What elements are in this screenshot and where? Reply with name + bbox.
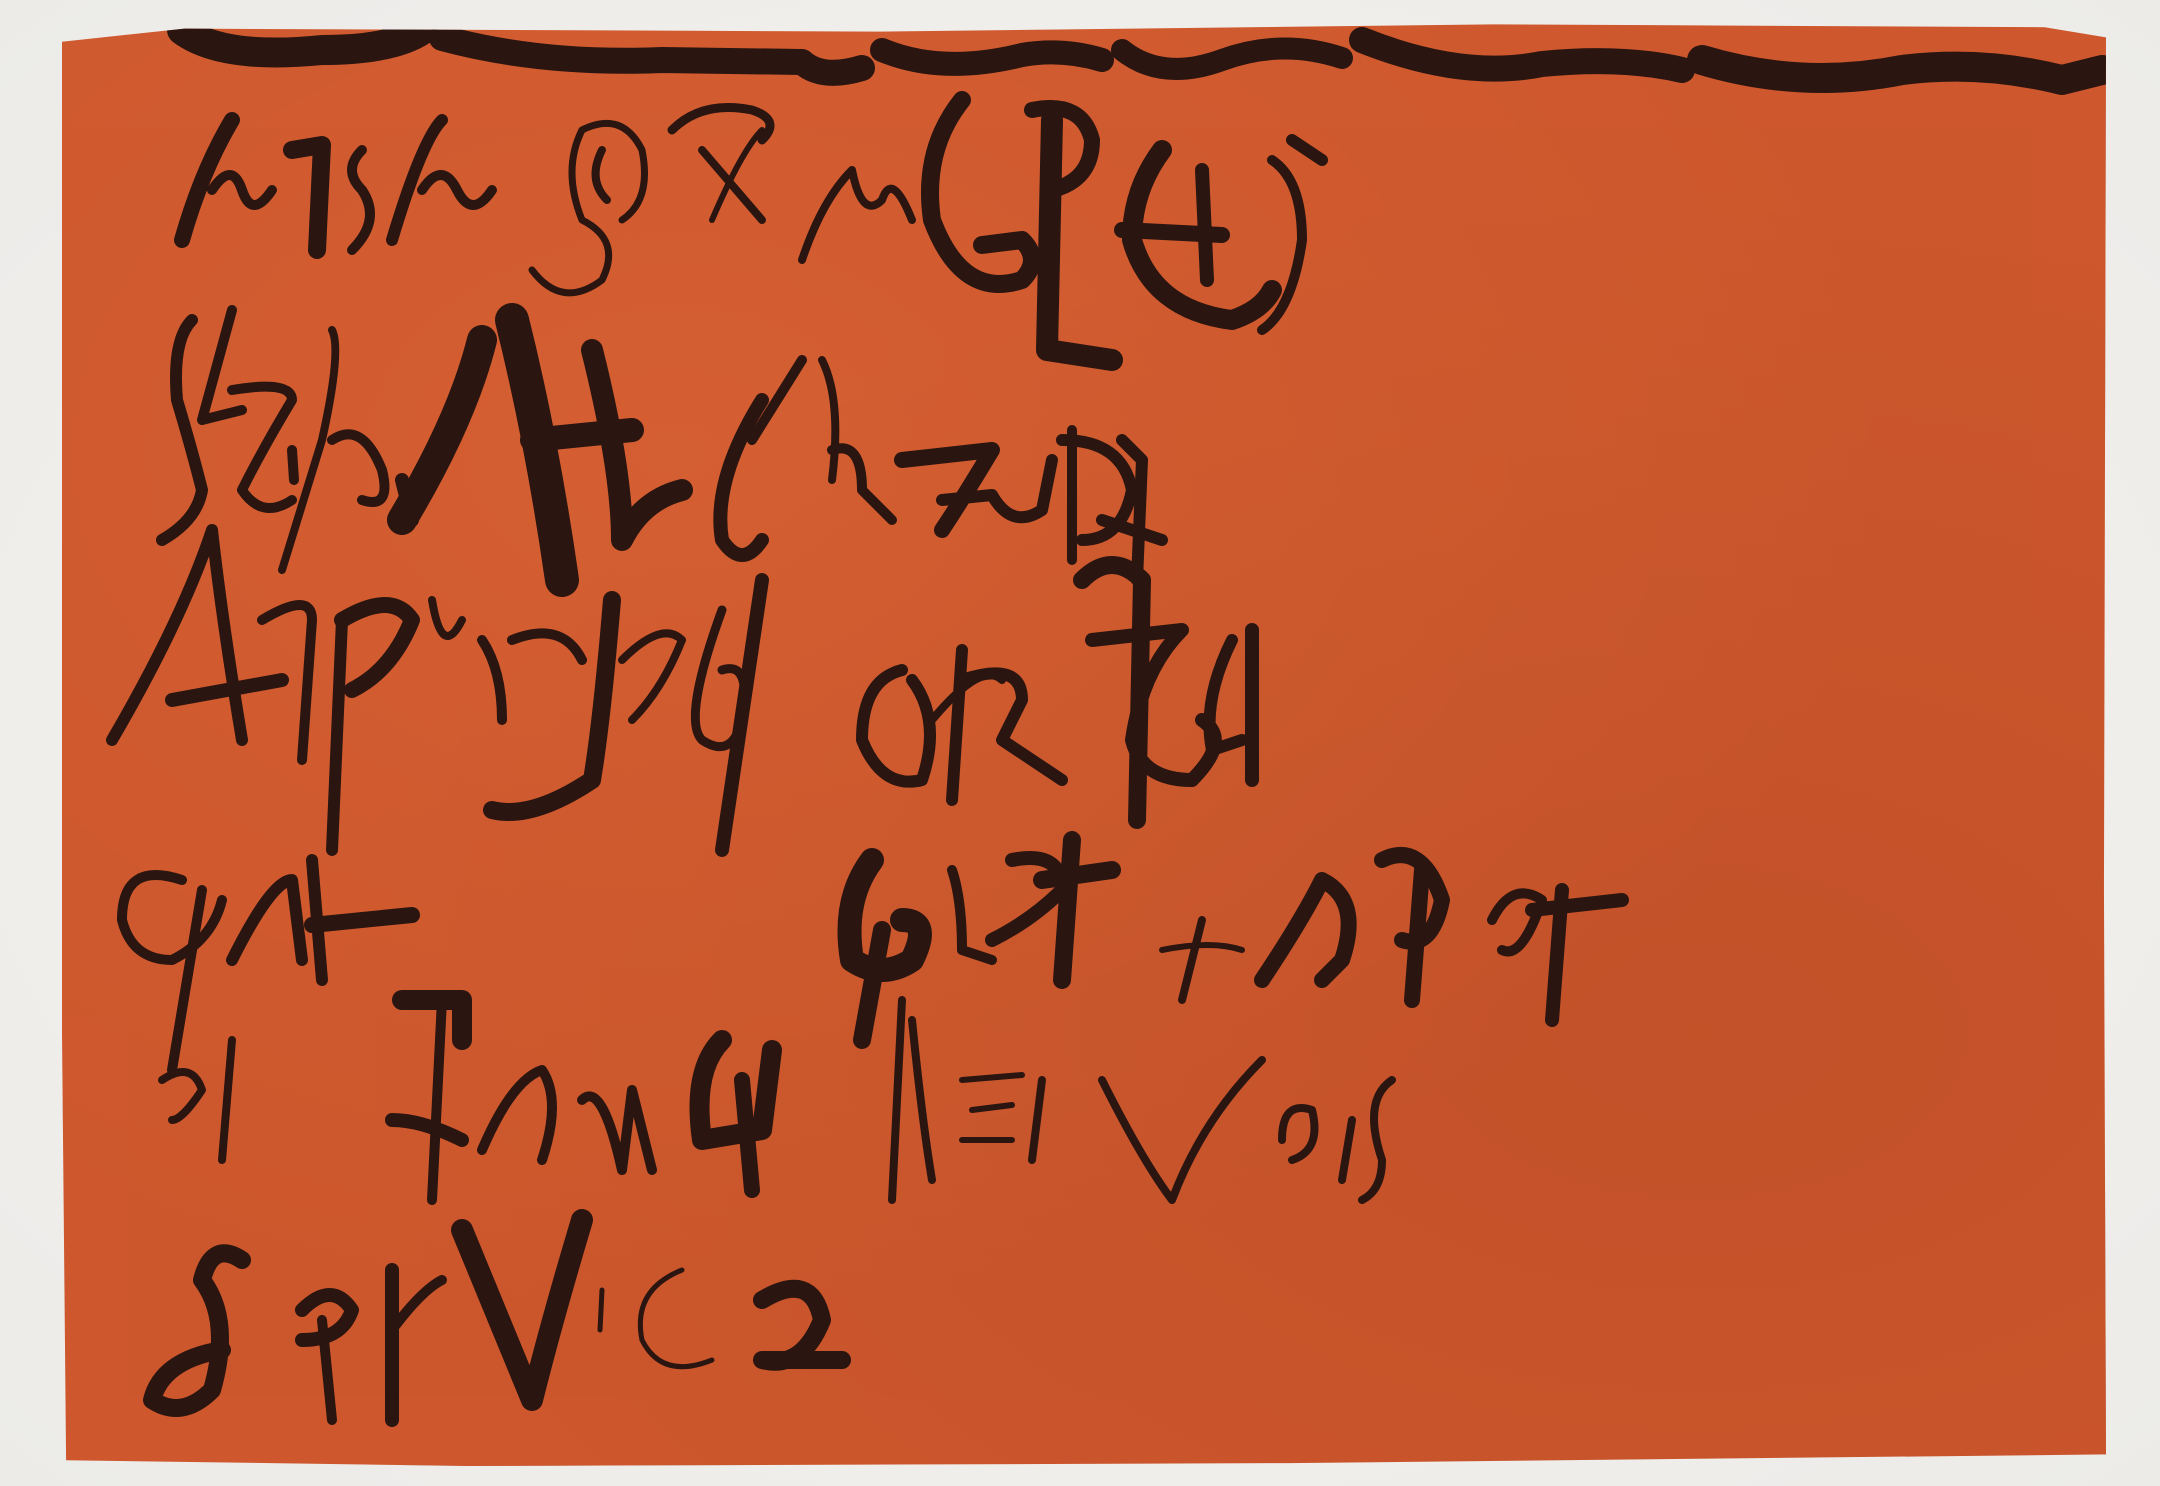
ink-calligraphy xyxy=(62,20,2106,1466)
orange-paper-artwork xyxy=(62,20,2106,1466)
